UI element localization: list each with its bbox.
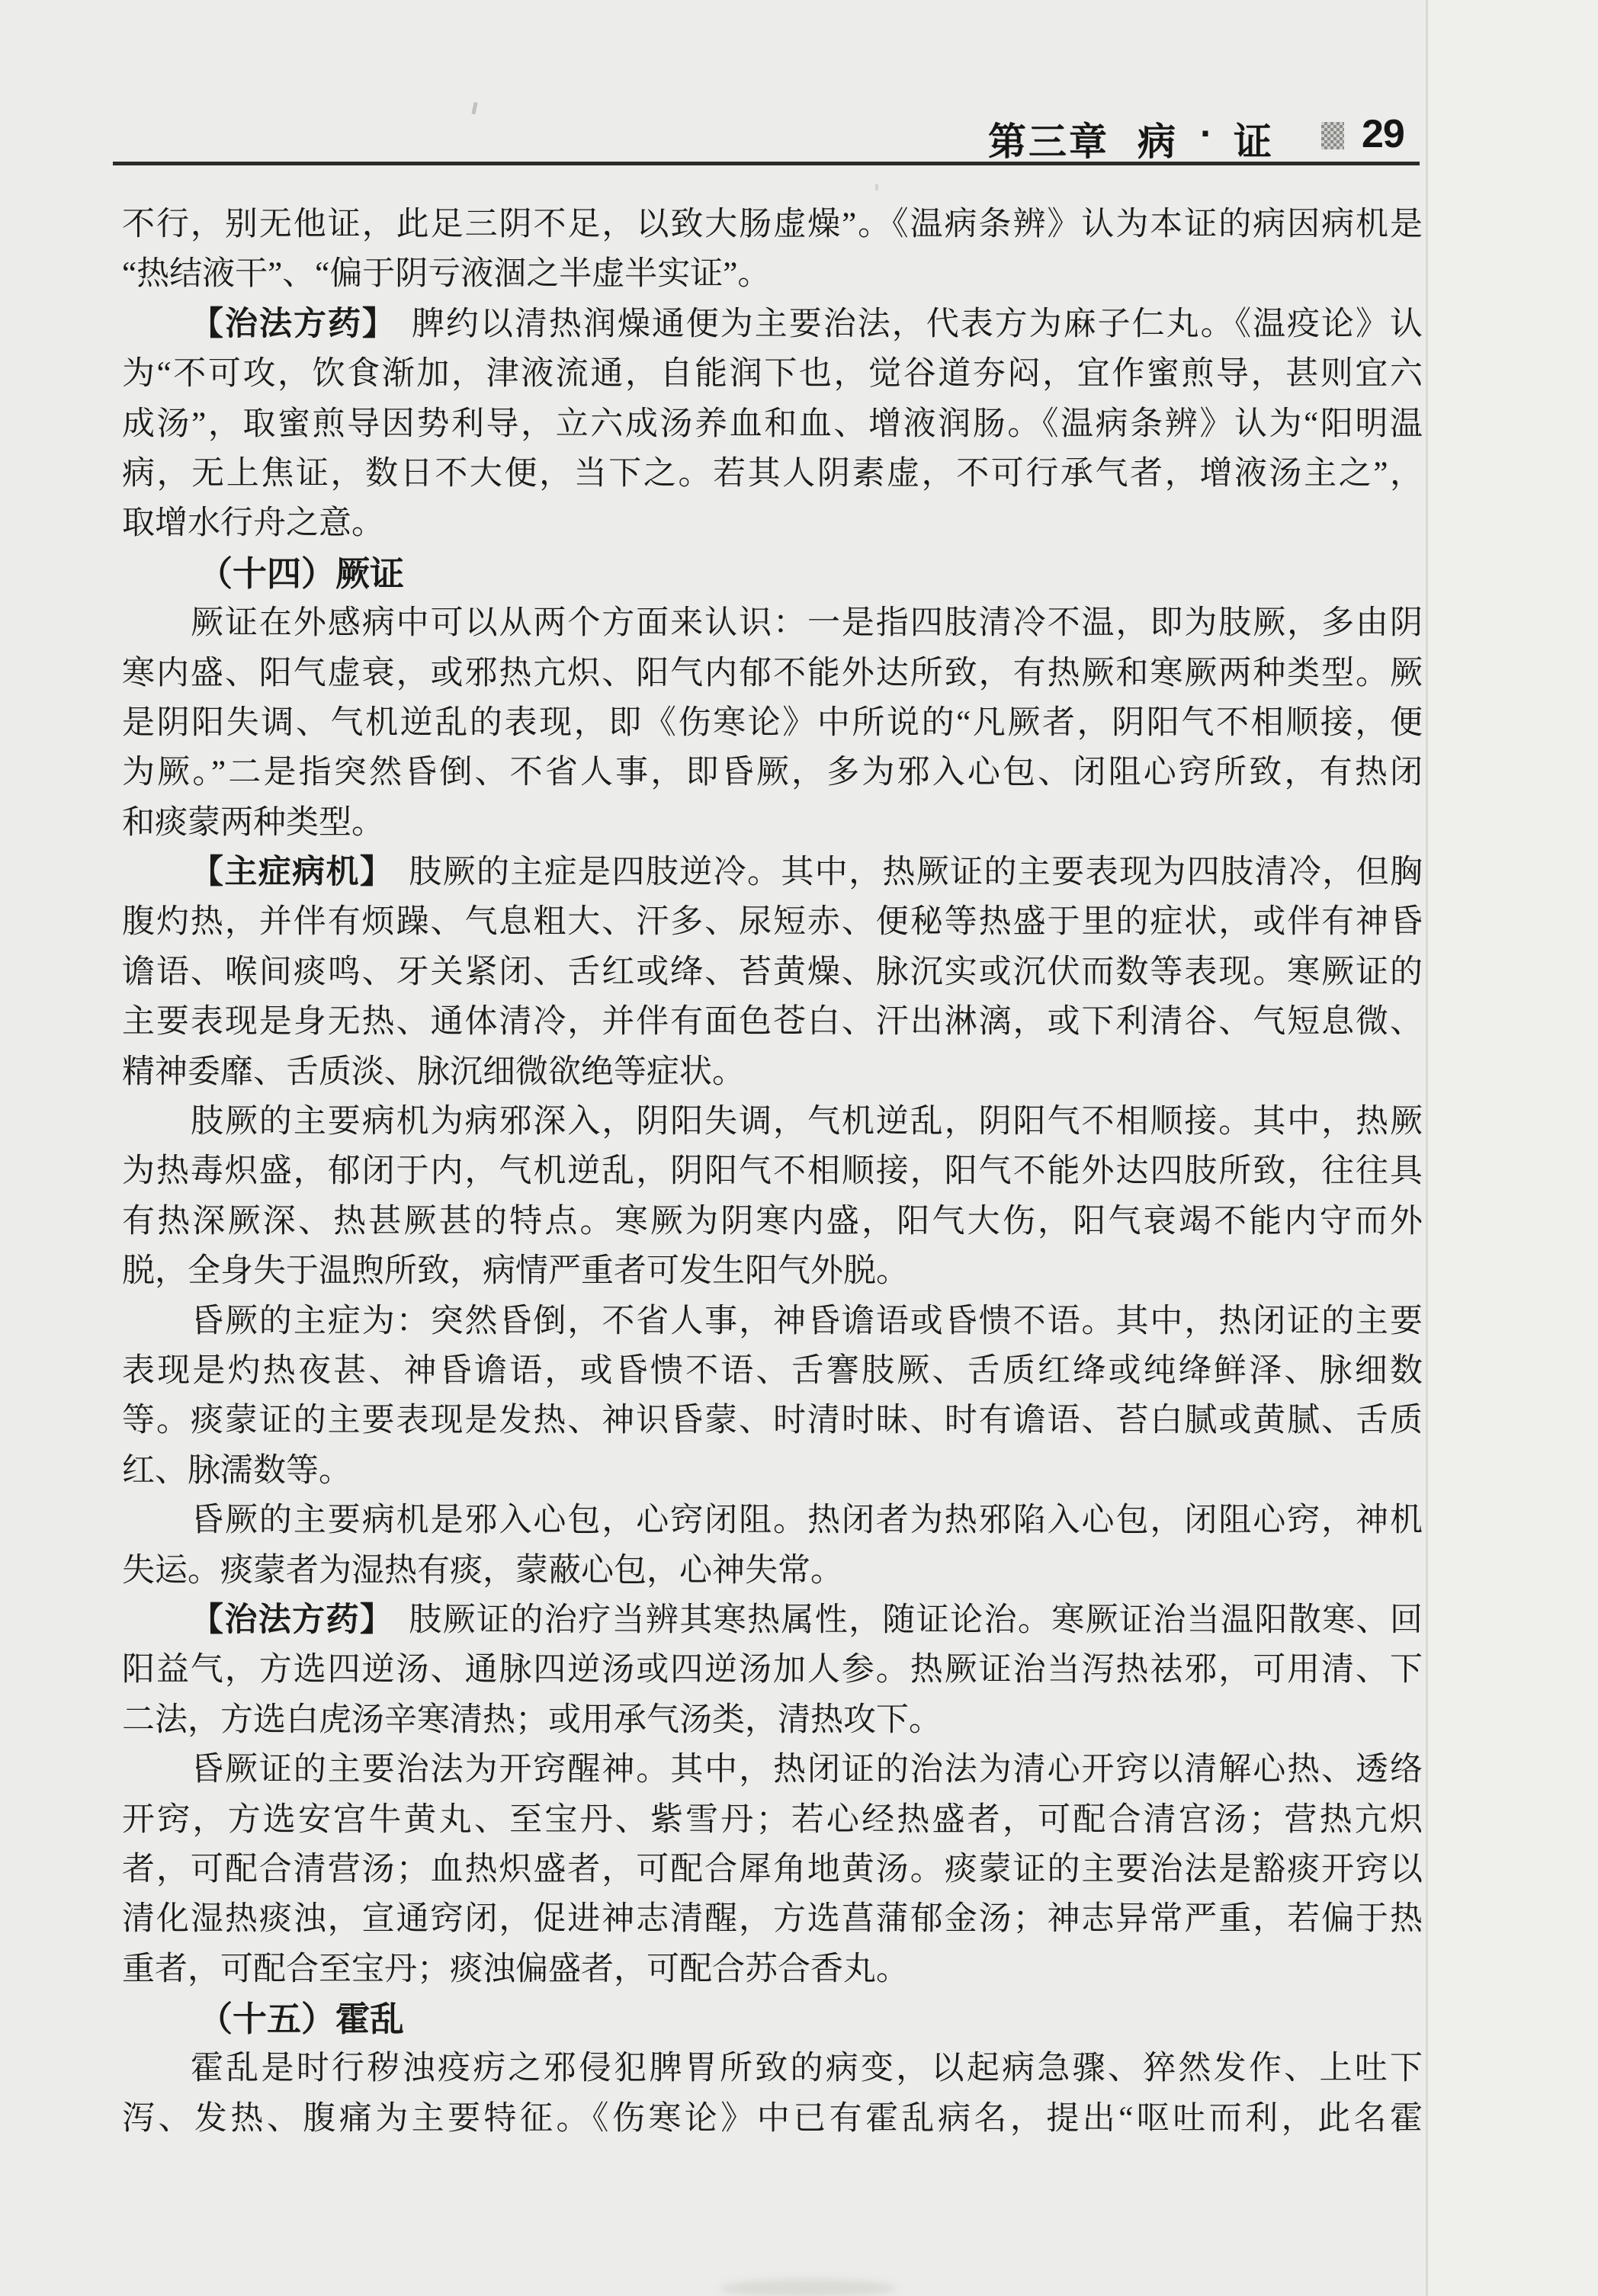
text-line: 等。痰蒙证的主要表现是发热、神识昏蒙、时清时昧、时有谵语、苔白腻或黄腻、舌质 (122, 1396, 1423, 1445)
page-edge-line (1426, 0, 1428, 2296)
title-separator-dot: · (1200, 111, 1213, 156)
section-heading: （十四）厥证 (122, 549, 1423, 598)
scan-speck (875, 184, 878, 191)
text-line: 为厥。”二是指突然昏倒、不省人事，即昏厥，多为邪入心包、闭阻心窍所致，有热闭 (122, 748, 1423, 797)
text-line: 主要表现是身无热、通体清冷，并伴有面色苍白、汗出淋漓，或下利清谷、气短息微、 (122, 997, 1423, 1047)
text-line: 成汤”，取蜜煎导因势利导，立六成汤养血和血、增液润肠。《温病条辨》认为“阳明温 (122, 399, 1423, 449)
text-line: 腹灼热，并伴有烦躁、气息粗大、汗多、尿短赤、便秘等热盛于里的症状，或伴有神昏 (122, 897, 1423, 947)
text-line: 不行，别无他证，此足三阴不足，以致大肠虚燥”。《温病条辨》认为本证的病因病机是 (122, 200, 1423, 249)
text-line: 是阴阳失调、气机逆乱的表现，即《伤寒论》中所说的“凡厥者，阴阳气不相顺接，便 (122, 698, 1423, 748)
body-text: 不行，别无他证，此足三阴不足，以致大肠虚燥”。《温病条辨》认为本证的病因病机是 … (122, 200, 1423, 2144)
text-line: 二法，方选白虎汤辛寒清热；或用承气汤类，清热攻下。 (122, 1695, 1423, 1745)
text-line: 有热深厥深、热甚厥甚的特点。寒厥为阴寒内盛，阳气大伤，阳气衰竭不能内守而外 (122, 1197, 1423, 1246)
text-line: 脱，全身失于温煦所致，病情严重者可发生阳气外脱。 (122, 1246, 1423, 1296)
page-edge-strip (1428, 0, 1598, 2296)
text-line: 阳益气，方选四逆汤、通脉四逆汤或四逆汤加人参。热厥证治当泻热祛邪，可用清、下 (122, 1645, 1423, 1695)
text-line: 和痰蒙两种类型。 (122, 798, 1423, 848)
text-line: 清化湿热痰浊，宣通窍闭，促进神志清醒，方选菖蒲郁金汤；神志异常严重，若偏于热 (122, 1894, 1423, 1944)
paragraph-label: 【治法方药】 (191, 306, 396, 342)
text-line: 肢厥的主要病机为病邪深入，阴阳失调，气机逆乱，阴阳气不相顺接。其中，热厥 (122, 1097, 1423, 1146)
text-line: 厥证在外感病中可以从两个方面来认识：一是指四肢清冷不温，即为肢厥，多由阴 (122, 598, 1423, 648)
paragraph-label: 【治法方药】 (191, 1602, 393, 1638)
text-line: 开窍，方选安宫牛黄丸、至宝丹、紫雪丹；若心经热盛者，可配合清宫汤；营热亢炽 (122, 1795, 1423, 1845)
text-line: 精神委靡、舌质淡、脉沉细微欲绝等症状。 (122, 1047, 1423, 1097)
text-line-body: 脾约以清热润燥通便为主要治法，代表方为麻子仁丸。《温疫论》认 (412, 306, 1423, 342)
text-line: 病，无上焦证，数日不大便，当下之。若其人阴素虚，不可行承气者，增液汤主之”， (122, 449, 1423, 499)
text-line: 寒内盛、阳气虚衰，或邪热亢炽、阳气内郁不能外达所致，有热厥和寒厥两种类型。厥 (122, 649, 1423, 698)
text-line: 取增水行舟之意。 (122, 499, 1423, 548)
header-rule (113, 162, 1420, 165)
book-page: 第三章 病 · 证 29 不行，别无他证，此足三阴不足，以致大肠虚燥”。《温病条… (0, 0, 1598, 2296)
scan-speck (471, 102, 477, 115)
chapter-label: 第三章 (988, 111, 1109, 166)
text-line-body: 肢厥的主症是四肢逆冷。其中，热厥证的主要表现为四肢清冷，但胸 (409, 855, 1423, 890)
page-number: 29 (1362, 111, 1404, 157)
paragraph-label: 【主症病机】 (191, 854, 393, 890)
chapter-title-char-right: 证 (1234, 111, 1272, 166)
text-line: 表现是灼热夜甚、神昏谵语，或昏愦不语、舌謇肢厥、舌质红绛或纯绛鲜泽、脉细数 (122, 1346, 1423, 1396)
text-line: 【治法方药】肢厥证的治疗当辨其寒热属性，随证论治。寒厥证治当温阳散寒、回 (122, 1595, 1423, 1645)
text-line: 红、脉濡数等。 (122, 1446, 1423, 1496)
text-line: 昏厥证的主要治法为开窍醒神。其中，热闭证的治法为清心开窍以清解心热、透络 (122, 1745, 1423, 1794)
text-line: 昏厥的主症为：突然昏倒，不省人事，神昏谵语或昏愦不语。其中，热闭证的主要 (122, 1297, 1423, 1346)
scan-smudge (720, 2279, 896, 2296)
text-line-body: 肢厥证的治疗当辨其寒热属性，随证论治。寒厥证治当温阳散寒、回 (409, 1602, 1423, 1638)
text-line: 失运。痰蒙者为湿热有痰，蒙蔽心包，心神失常。 (122, 1546, 1423, 1595)
text-line: 【治法方药】脾约以清热润燥通便为主要治法，代表方为麻子仁丸。《温疫论》认 (122, 300, 1423, 349)
text-line: 【主症病机】肢厥的主症是四肢逆冷。其中，热厥证的主要表现为四肢清冷，但胸 (122, 848, 1423, 897)
text-line: 昏厥的主要病机是邪入心包，心窍闭阻。热闭者为热邪陷入心包，闭阻心窍，神机 (122, 1496, 1423, 1545)
text-line: 泻、发热、腹痛为主要特征。《伤寒论》中已有霍乱病名，提出“呕吐而利，此名霍 (122, 2094, 1423, 2144)
text-line: 者，可配合清营汤；血热炽盛者，可配合犀角地黄汤。痰蒙证的主要治法是豁痰开窍以 (122, 1845, 1423, 1894)
chapter-title-char-left: 病 (1138, 111, 1176, 166)
text-line: 为热毒炽盛，郁闭于内，气机逆乱，阴阳气不相顺接，阳气不能外达四肢所致，往往具 (122, 1146, 1423, 1196)
text-line: 谵语、喉间痰鸣、牙关紧闭、舌红或绛、苔黄燥、脉沉实或沉伏而数等表现。寒厥证的 (122, 948, 1423, 997)
text-line: 重者，可配合至宝丹；痰浊偏盛者，可配合苏合香丸。 (122, 1945, 1423, 1994)
text-line: “热结液干”、“偏于阴亏液涸之半虚半实证”。 (122, 249, 1423, 299)
text-line: 为“不可攻，饮食渐加，津液流通，自能润下也，觉谷道夯闷，宜作蜜煎导，甚则宜六 (122, 349, 1423, 399)
section-heading: （十五）霍乱 (122, 1994, 1423, 2044)
halftone-square-icon (1321, 122, 1344, 149)
text-line: 霍乱是时行秽浊疫疠之邪侵犯脾胃所致的病变，以起病急骤、猝然发作、上吐下 (122, 2044, 1423, 2093)
